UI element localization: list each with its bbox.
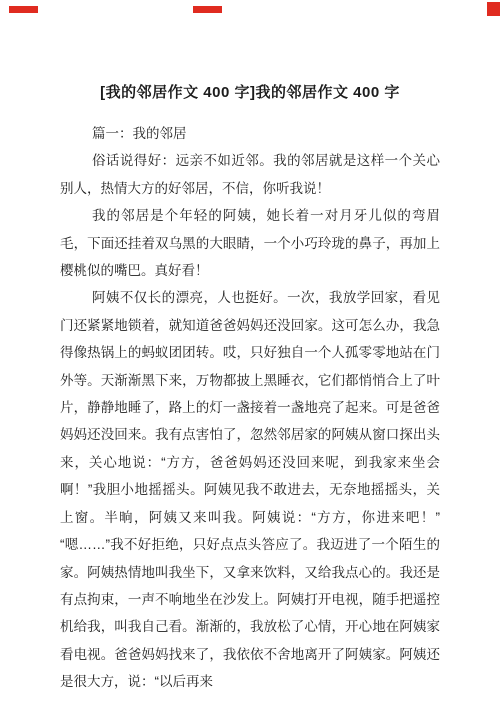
red-square-decoration-right xyxy=(487,2,500,16)
paragraph: 我的邻居是个年轻的阿姨，她长着一对月牙儿似的弯眉毛，下面还挂着双乌黑的大眼睛，一… xyxy=(60,202,440,284)
red-dash-decoration-left xyxy=(9,6,38,13)
document-page: [我的邻居作文 400 字]我的邻居作文 400 字 篇一：我的邻居 俗话说得好… xyxy=(0,0,500,707)
paragraph: 俗话说得好：远亲不如近邻。我的邻居就是这样一个关心别人，热情大方的好邻居，不信，… xyxy=(60,147,440,202)
paragraph: 阿姨不仅长的漂亮，人也挺好。一次，我放学回家，看见门还紧紧地锁着，就知道爸爸妈妈… xyxy=(60,284,440,695)
essay-content: [我的邻居作文 400 字]我的邻居作文 400 字 篇一：我的邻居 俗话说得好… xyxy=(60,0,440,696)
page-title: [我的邻居作文 400 字]我的邻居作文 400 字 xyxy=(60,84,440,101)
paragraph-heading: 篇一：我的邻居 xyxy=(60,120,440,147)
essay-body: 篇一：我的邻居 俗话说得好：远亲不如近邻。我的邻居就是这样一个关心别人，热情大方… xyxy=(60,120,440,696)
